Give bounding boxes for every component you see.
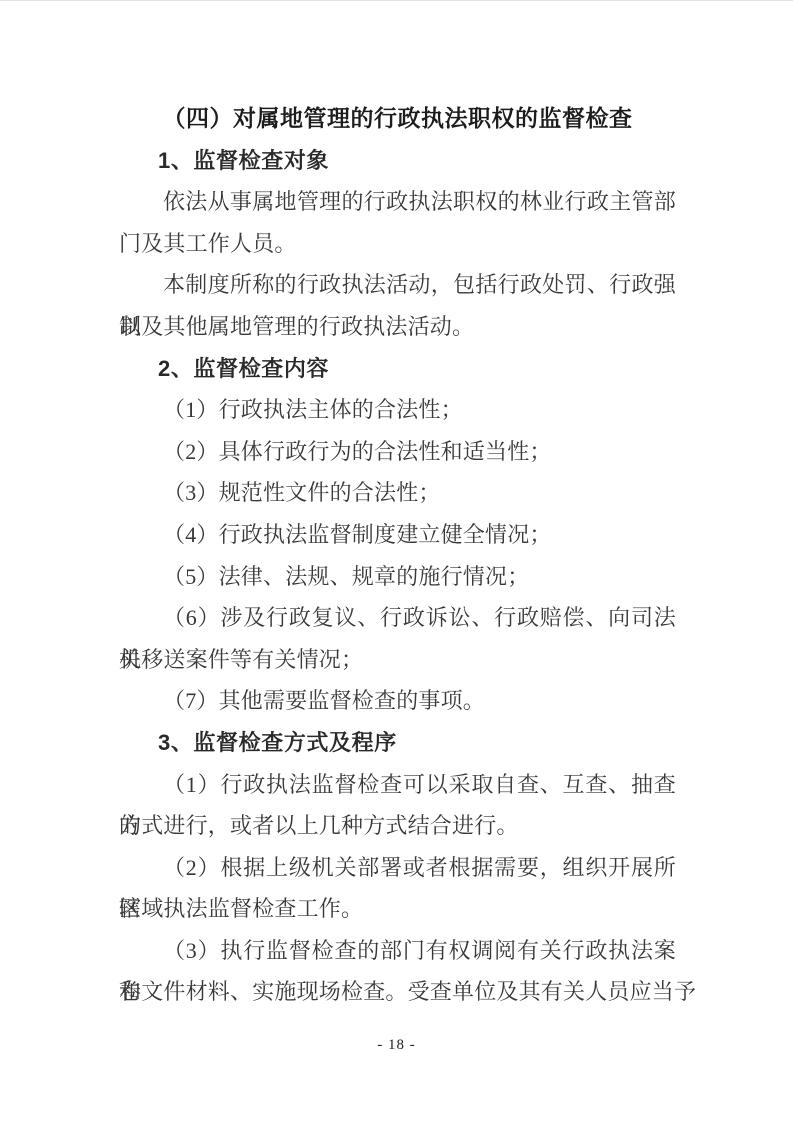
paragraph-line: 门及其工作人员。 — [119, 223, 676, 265]
document-page: （四）对属地管理的行政执法职权的监督检查 1、监督检查对象 依法从事属地管理的行… — [0, 0, 793, 1122]
paragraph-line: 以及其他属地管理的行政执法活动。 — [119, 306, 676, 348]
paragraph-line: 本制度所称的行政执法活动，包括行政处罚、行政强制 — [119, 264, 676, 306]
list-item: （5）法律、法规、规章的施行情况； — [119, 556, 676, 598]
page-number: - 18 - — [0, 1037, 793, 1054]
document-title: （四）对属地管理的行政执法职权的监督检查 — [119, 98, 676, 140]
paragraph-line: 关移送案件等有关情况； — [119, 639, 676, 681]
paragraph-line: 依法从事属地管理的行政执法职权的林业行政主管部 — [119, 181, 676, 223]
paragraph-line: 区域执法监督检查工作。 — [119, 888, 676, 930]
list-item: （4）行政执法监督制度建立健全情况； — [119, 514, 676, 556]
list-item: （1）行政执法主体的合法性； — [119, 389, 676, 431]
document-body: （四）对属地管理的行政执法职权的监督检查 1、监督检查对象 依法从事属地管理的行… — [119, 98, 676, 1013]
section-heading-3: 3、监督检查方式及程序 — [119, 722, 676, 764]
paragraph-line: 和文件材料、实施现场检查。受查单位及其有关人员应当予 — [119, 971, 676, 1013]
section-heading-1: 1、监督检查对象 — [119, 140, 676, 182]
list-item: （3）执行监督检查的部门有权调阅有关行政执法案卷 — [119, 930, 676, 972]
list-item: （3）规范性文件的合法性； — [119, 472, 676, 514]
list-item: （1）行政执法监督检查可以采取自查、互查、抽查的 — [119, 764, 676, 806]
list-item: （6）涉及行政复议、行政诉讼、行政赔偿、向司法机 — [119, 597, 676, 639]
list-item: （2）根据上级机关部署或者根据需要，组织开展所辖 — [119, 847, 676, 889]
paragraph-line: 方式进行，或者以上几种方式结合进行。 — [119, 805, 676, 847]
list-item: （7）其他需要监督检查的事项。 — [119, 680, 676, 722]
list-item: （2）具体行政行为的合法性和适当性； — [119, 431, 676, 473]
section-heading-2: 2、监督检查内容 — [119, 348, 676, 390]
